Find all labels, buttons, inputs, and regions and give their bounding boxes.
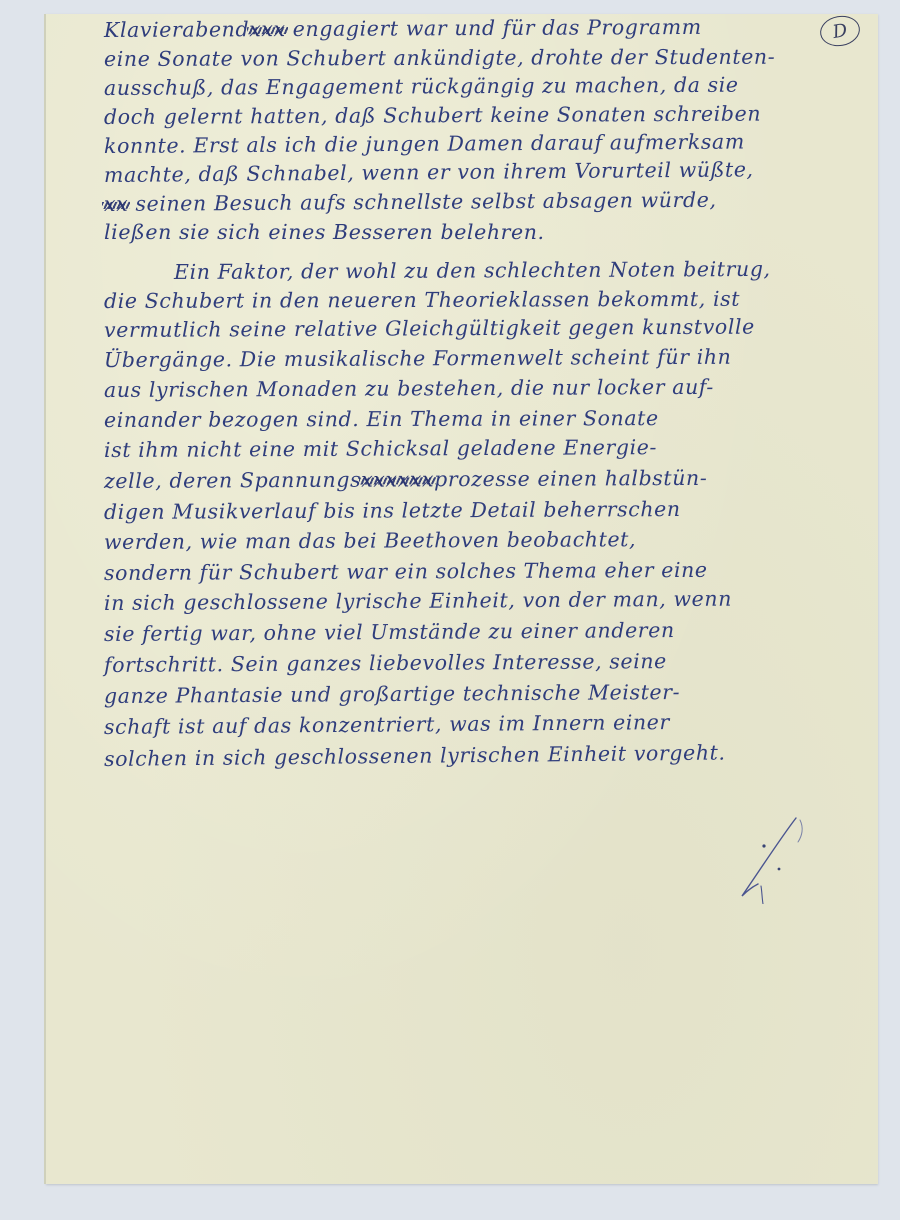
text-line-19: sondern für Schubert war ein solches The… [104,557,864,585]
text-line-7: xx seinen Besuch aufs schnellste selbst … [104,187,864,216]
text-line-2: eine Sonate von Schubert ankündigte, dro… [104,44,864,71]
text-line-13: aus lyrischen Monaden zu bestehen, die n… [104,374,864,402]
text-line-16: zelle, deren Spannungsxxxxxxprozesse ein… [104,465,864,493]
text-line-14: einander bezogen sind. Ein Thema in eine… [104,405,864,432]
text-line-22: fortschritt. Sein ganzes liebevolles Int… [104,648,864,677]
text-line-25: solchen in sich geschlossenen lyrischen … [104,739,864,771]
text-line-10: die Schubert in den neueren Theorieklass… [104,286,864,313]
text-line-21: sie fertig war, ohne viel Umstände zu ei… [104,617,864,646]
struck-out-word: xxxxxx [361,467,434,491]
text-line-24: schaft ist auf das konzentriert, was im … [104,708,864,739]
text-line-20: in sich geschlossene lyrische Einheit, v… [104,586,864,615]
text-line-17: digen Musikverlauf bis ins letzte Detail… [104,496,864,524]
text-line-15: ist ihm nicht eine mit Schicksal geladen… [104,434,864,462]
signature-flourish-icon [734,814,804,904]
text-line-12: Übergänge. Die musikalische Formenwelt s… [104,344,864,372]
manuscript-page: D Klavierabendxxx engagiert war und für … [46,14,878,1184]
text-line-6: machte, daß Schnabel, wenn er von ihrem … [104,156,864,187]
text-line-18: werden, wie man das bei Beethoven beobac… [104,526,864,554]
text-line-9-paragraph-start: Ein Faktor, der wohl zu den schlechten N… [174,256,864,284]
struck-out-word: xx [104,192,128,216]
text-line-1: Klavierabendxxx engagiert war und für da… [104,14,864,42]
text-line-3: ausschuß, das Engagement rückgängig zu m… [104,72,864,100]
struck-out-word: xxx [249,17,286,41]
text-line-11: vermutlich seine relative Gleichgültigke… [104,314,864,342]
text-line-4: doch gelernt hatten, daß Schubert keine … [104,101,864,129]
text-line-5: konnte. Erst als ich die jungen Damen da… [104,129,864,158]
text-line-8: ließen sie sich eines Besseren belehren. [104,220,864,244]
text-line-23: ganze Phantasie und großartige technisch… [104,679,864,708]
